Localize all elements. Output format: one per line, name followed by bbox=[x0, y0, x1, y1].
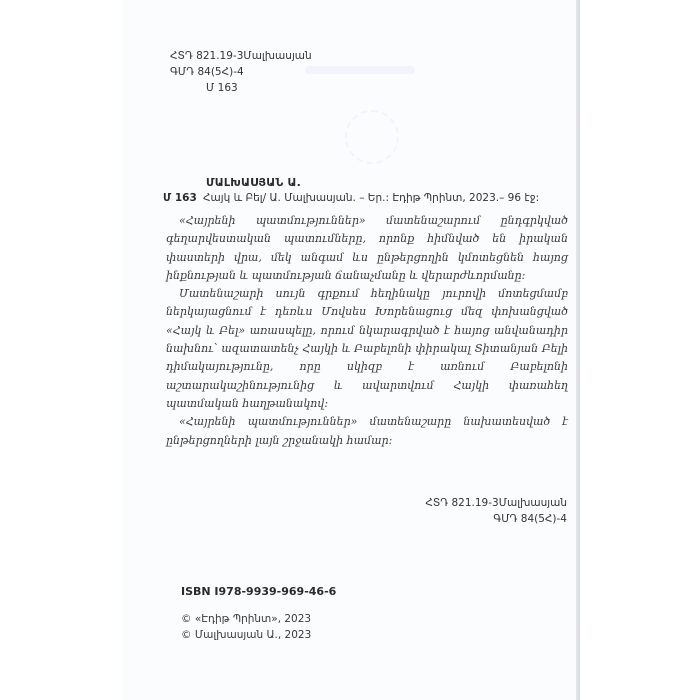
classification-right: ՀՏԴ 821.19-3Մալխասյան ԳՄԴ 84(5Հ)-4 bbox=[400, 495, 567, 527]
annotation-paragraph: «Հայրենի պատմություններ» մատենաշարում ըն… bbox=[166, 212, 568, 285]
author-mark: Մ 163 bbox=[170, 80, 312, 96]
copyright-publisher: © «Էդիթ Պրինտ», 2023 bbox=[181, 611, 311, 627]
udc-block: ՀՏԴ 821.19-3Մալխասյան ԳՄԴ 84(5Հ)-4 Մ 163 bbox=[170, 48, 312, 96]
isbn: ISBN I978-9939-969-46-6 bbox=[181, 585, 336, 598]
udc-code: ՀՏԴ 821.19-3Մալխասյան bbox=[170, 48, 312, 64]
annotation-paragraph: Մատենաշարի սույն գրքում հեղինակը յուրովի… bbox=[166, 285, 568, 413]
copyright-block: © «Էդիթ Պրինտ», 2023 © Մալխասյան Ա., 202… bbox=[181, 611, 311, 643]
catalog-entry: Մ 163Հայկ և Բել/ Ա. Մալխասյան. – Եր.: Էդ… bbox=[163, 192, 539, 204]
bbk-code: ԳՄԴ 84(5Հ)-4 bbox=[170, 64, 312, 80]
eternity-sign-icon bbox=[345, 110, 399, 164]
annotation-paragraph: «Հայրենի պատմություններ» մատենաշարը նախա… bbox=[166, 413, 568, 450]
udc-code-right: ՀՏԴ 821.19-3Մալխասյան bbox=[400, 495, 567, 511]
catalog-description: Հայկ և Բել/ Ա. Մալխասյան. – Եր.: Էդիթ Պր… bbox=[203, 192, 539, 204]
bbk-code-right: ԳՄԴ 84(5Հ)-4 bbox=[400, 511, 567, 527]
catalog-code: Մ 163 bbox=[163, 192, 203, 204]
page-edge-shadow bbox=[576, 0, 580, 700]
show-through-artifact bbox=[305, 66, 415, 74]
annotation-text: «Հայրենի պատմություններ» մատենաշարում ըն… bbox=[166, 212, 568, 450]
copyright-author: © Մալխասյան Ա., 2023 bbox=[181, 627, 311, 643]
author-heading: ՄԱԼԽԱՍՅԱՆ Ա. bbox=[206, 176, 301, 189]
